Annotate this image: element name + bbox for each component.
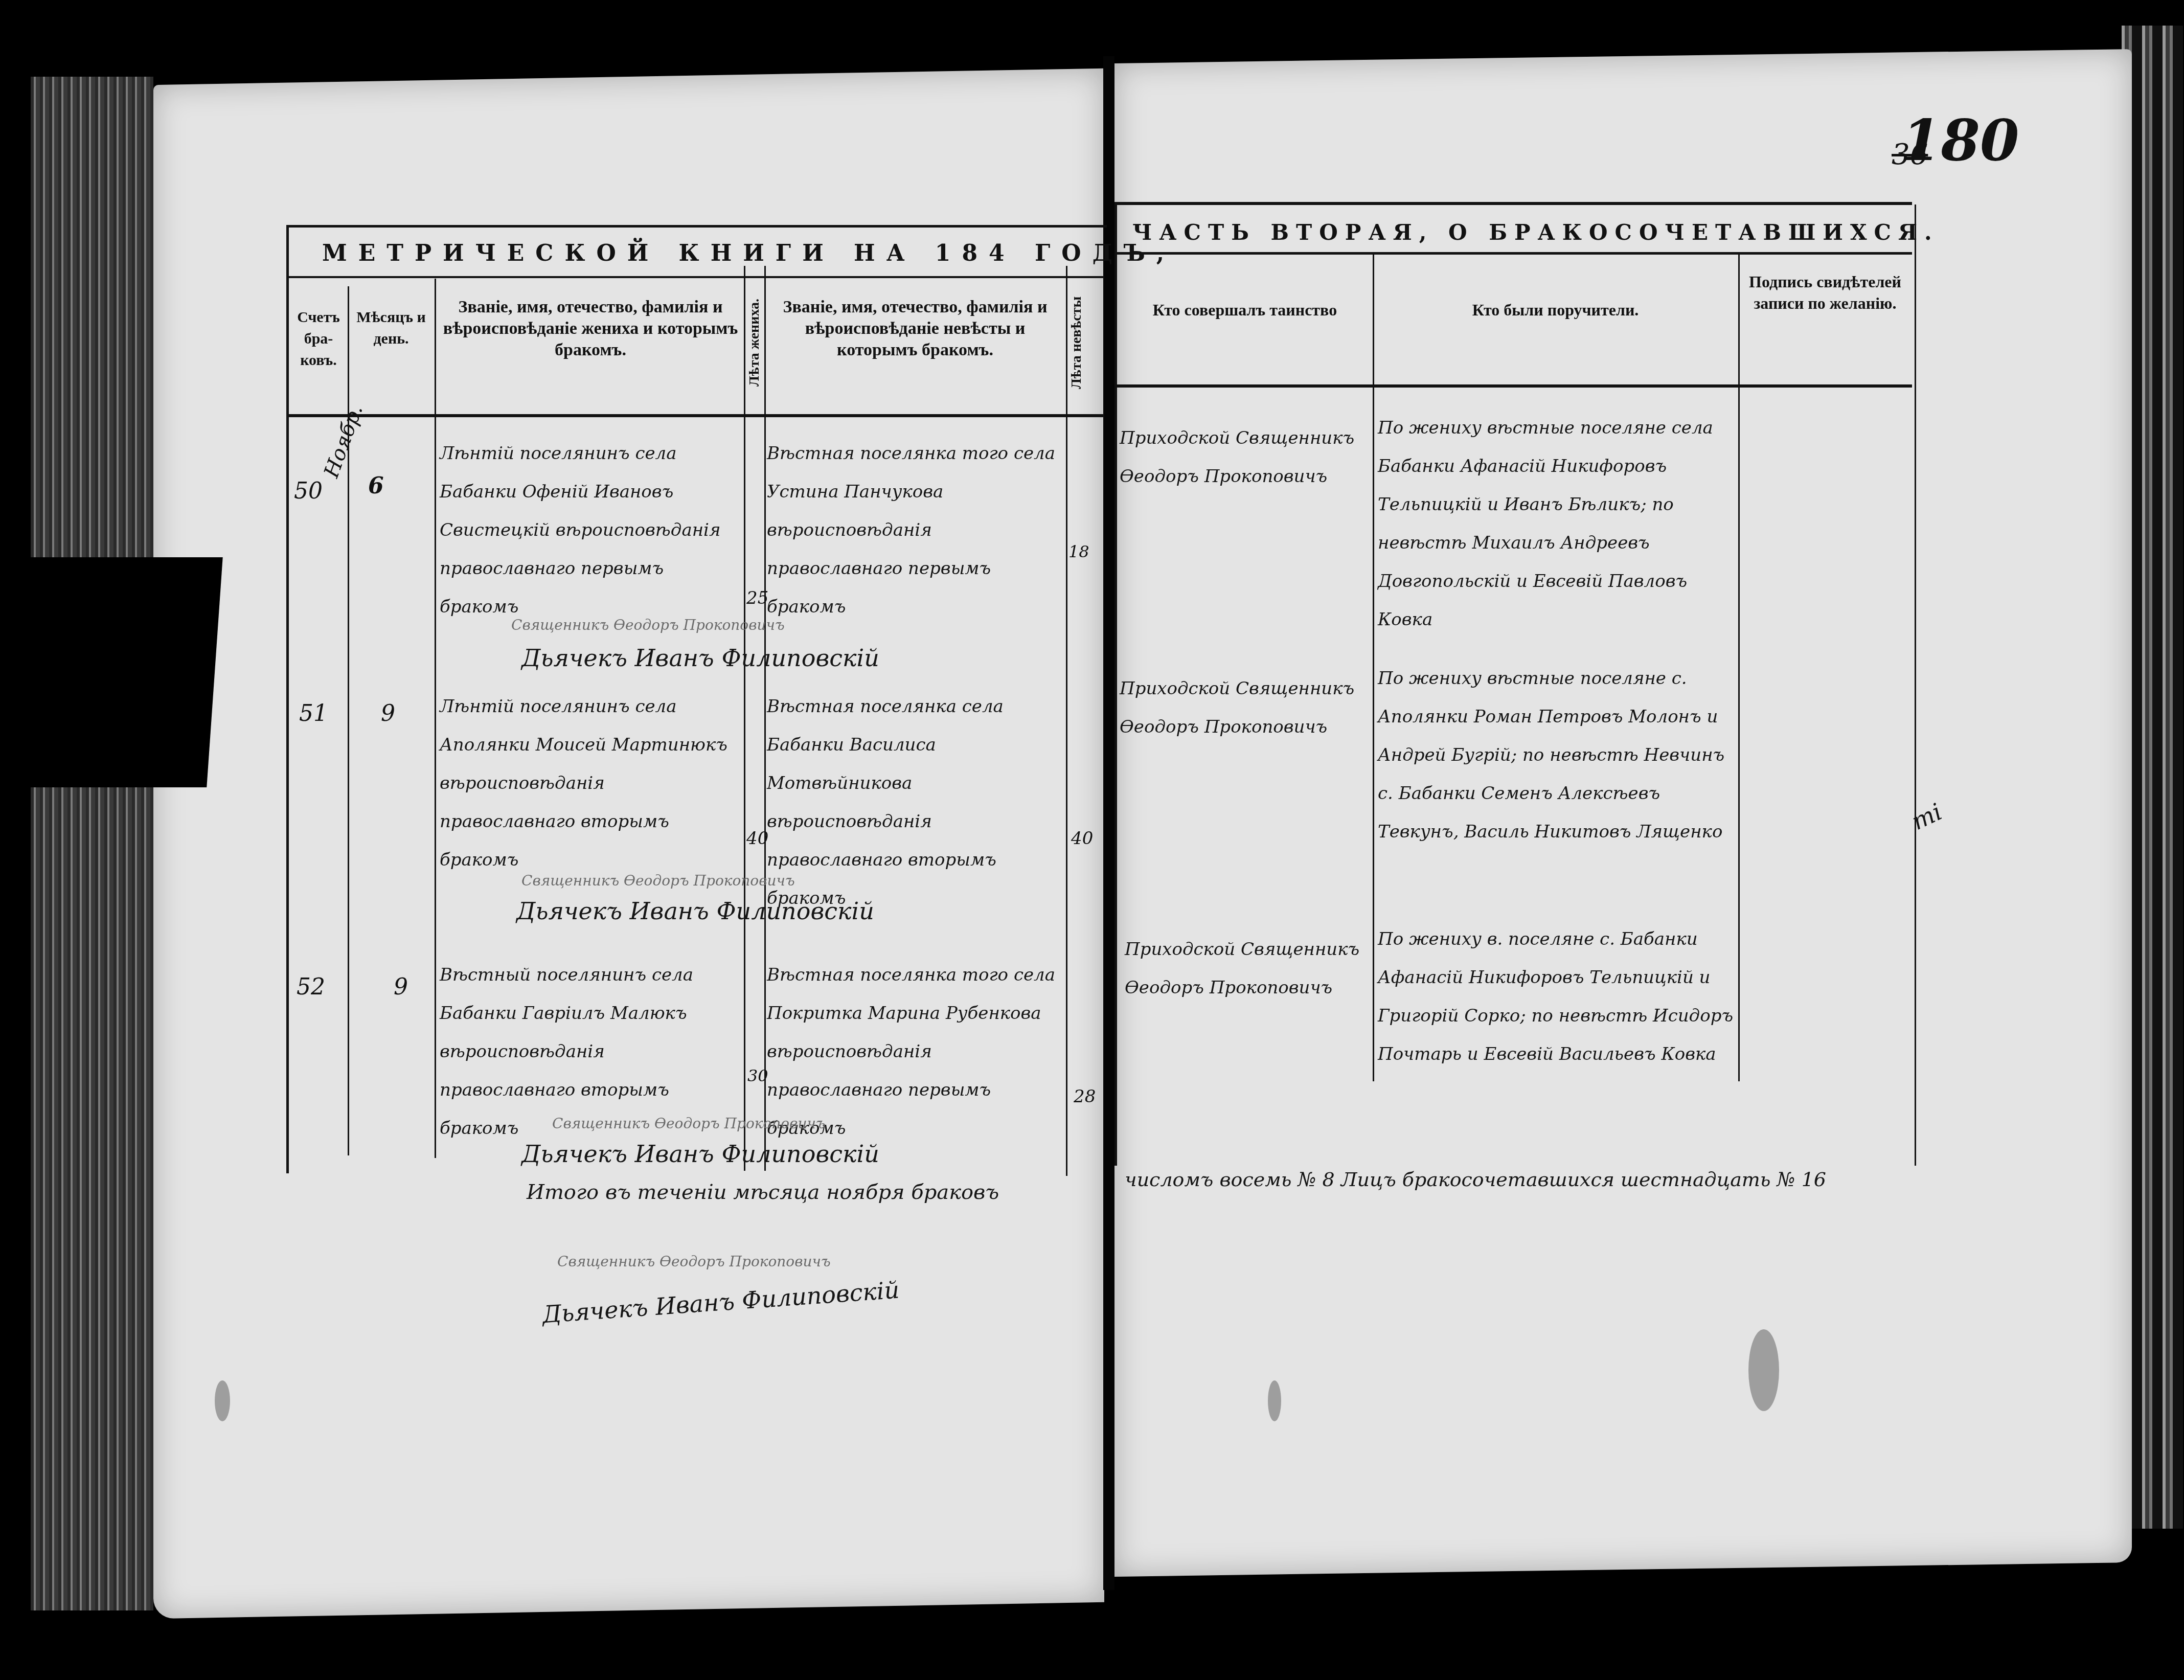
col-divider xyxy=(1373,253,1374,1081)
col-divider xyxy=(1066,266,1067,1176)
record-50-groom: Лѣнтій поселянинъ села Бабанки Офеній Ив… xyxy=(440,435,741,626)
summary-clerk-note: Священникъ Ѳеодоръ Прокоповичъ xyxy=(557,1242,831,1281)
record-51-groom: Лѣнтій поселянинъ села Аполянки Моисей М… xyxy=(440,688,741,879)
divider xyxy=(289,414,1104,417)
record-50-day: 6 xyxy=(368,473,384,499)
record-52-clerk-signature: Дьячекъ Иванъ Филиповскій xyxy=(521,1135,879,1173)
record-50-number: 50 xyxy=(294,478,323,504)
header-groom-age: Лѣта жениха. xyxy=(746,276,763,409)
divider xyxy=(1117,384,1912,388)
col-divider xyxy=(1738,253,1740,1081)
col-divider xyxy=(764,266,766,1171)
header-bride-age: Лѣта невѣсты xyxy=(1068,276,1085,409)
record-50-clerk-note: Священникъ Ѳеодоръ Прокоповичъ xyxy=(511,606,785,644)
stain xyxy=(1268,1380,1281,1421)
record-50-groom-age: 25 xyxy=(746,588,768,608)
record-52-officiant: Приходской Священникъ Ѳеодоръ Прокопович… xyxy=(1125,930,1370,1007)
record-52-sureties: По жениху в. поселяне с. Бабанки Афанасі… xyxy=(1378,920,1736,1074)
header-count: Счетъ бра-ковъ. xyxy=(290,307,347,371)
record-50-clerk-signature: Дьячекъ Иванъ Филиповскій xyxy=(521,639,879,677)
header-signatures: Подпись свидѣтелей записи по желанію. xyxy=(1741,271,1909,314)
left-page-title: МЕТРИЧЕСКОЙ КНИГИ НА 184 ГОДЪ, xyxy=(322,240,1175,266)
record-51-number: 51 xyxy=(299,700,328,727)
record-50-bride-age: 18 xyxy=(1068,542,1089,561)
stain xyxy=(215,1380,230,1421)
header-sureties: Кто были поручители. xyxy=(1375,299,1736,321)
black-bookmark-tab xyxy=(0,557,223,787)
record-51-bride: Вѣстная поселянка села Бабанки Василиса … xyxy=(767,688,1063,918)
record-51-bride-age: 40 xyxy=(1071,828,1093,849)
divider xyxy=(1117,252,1912,255)
header-groom: Званіе, имя, отечество, фамилія и вѣроис… xyxy=(440,297,741,361)
record-51-officiant: Приходской Священникъ Ѳеодоръ Прокопович… xyxy=(1120,670,1370,746)
record-50-bride: Вѣстная поселянка того села Устина Панчу… xyxy=(767,435,1063,626)
divider xyxy=(1114,202,1912,205)
header-officiant: Кто совершалъ таинство xyxy=(1120,299,1370,321)
book-edge-left xyxy=(31,77,153,1610)
record-51-groom-age: 40 xyxy=(746,828,768,849)
record-51-clerk-signature: Дьячекъ Иванъ Филиповскій xyxy=(516,892,874,930)
summary-text-left: Итого въ теченіи мѣсяца ноября браковъ xyxy=(527,1173,999,1212)
record-51-sureties: По жениху вѣстные поселяне с. Аполянки Р… xyxy=(1378,660,1736,851)
stain xyxy=(1748,1329,1779,1411)
col-divider xyxy=(435,279,436,1158)
record-52-number: 52 xyxy=(297,974,325,1000)
record-52-groom-age: 30 xyxy=(747,1066,768,1085)
right-page-title: ЧАСТЬ ВТОРАЯ, О БРАКОСОЧЕТАВШИХСЯ. xyxy=(1132,220,1939,245)
record-51-day: 9 xyxy=(381,700,395,727)
record-52-bride-age: 28 xyxy=(1074,1086,1096,1107)
folio-number: 180 xyxy=(1902,107,2019,173)
header-bride: Званіе, имя, отечество, фамилія и вѣроис… xyxy=(767,297,1063,361)
summary-text-right: числомъ восемь № 8 Лицъ бракосочетавшихс… xyxy=(1125,1161,1826,1199)
divider xyxy=(289,276,1104,278)
col-divider xyxy=(744,266,745,1171)
record-52-day: 9 xyxy=(394,974,408,1000)
header-month-day: Мѣсяцъ и день. xyxy=(350,307,432,350)
record-50-officiant: Приходской Священникъ Ѳеодоръ Прокопович… xyxy=(1120,419,1370,496)
record-50-sureties: По жениху вѣстные поселяне села Бабанки … xyxy=(1378,409,1736,639)
